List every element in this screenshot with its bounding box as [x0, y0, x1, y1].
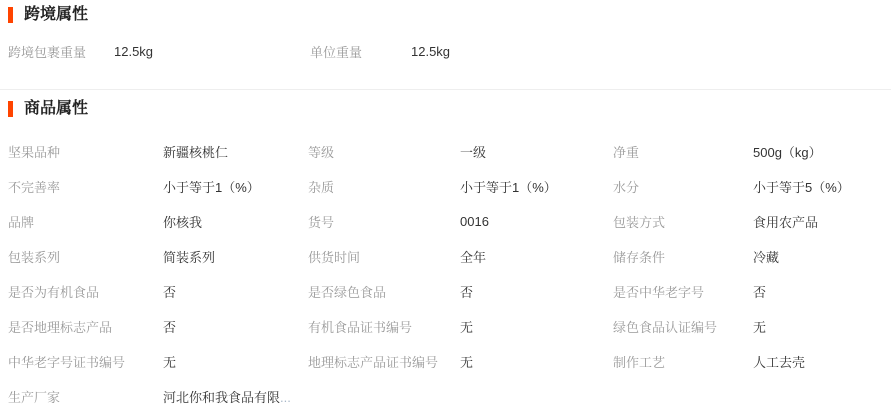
- attribute-label: 是否中华老字号: [613, 282, 753, 301]
- section-cross-border-attributes: 跨境属性 跨境包裹重量12.5kg单位重量12.5kg: [0, 0, 891, 60]
- attribute-row: 是否地理标志产品否有机食品证书编号无绿色食品认证编号无: [0, 309, 891, 344]
- attribute-label: 是否地理标志产品: [8, 317, 163, 336]
- attribute-value: 否: [163, 282, 176, 301]
- attribute-row: 中华老字号证书编号无地理标志产品证书编号无制作工艺人工去壳: [0, 344, 891, 379]
- attribute-cell: 不完善率小于等于1（%）: [8, 177, 308, 196]
- attribute-cell: 中华老字号证书编号无: [8, 352, 308, 371]
- attribute-label: 净重: [613, 142, 753, 161]
- attribute-cell: 包装方式食用农产品: [613, 212, 891, 231]
- attribute-label: 中华老字号证书编号: [8, 352, 163, 371]
- attribute-cell: 坚果品种新疆核桃仁: [8, 142, 308, 161]
- attribute-value: 无: [460, 317, 473, 336]
- attribute-rows: 坚果品种新疆核桃仁等级一级净重500g（kg）不完善率小于等于1（%）杂质小于等…: [0, 134, 891, 408]
- attribute-cell: 等级一级: [308, 142, 613, 161]
- attribute-label: 品牌: [8, 212, 163, 231]
- attribute-label: 储存条件: [613, 247, 753, 266]
- attribute-cell: 是否绿色食品否: [308, 282, 613, 301]
- section-title: 跨境属性: [24, 5, 88, 25]
- attribute-value: 小于等于5（%）: [753, 177, 850, 196]
- attribute-cell: 水分小于等于5（%）: [613, 177, 891, 196]
- attribute-cell: 单位重量12.5kg: [310, 42, 450, 60]
- attribute-row: 包装系列简装系列供货时间全年储存条件冷藏: [0, 239, 891, 274]
- attribute-label: 有机食品证书编号: [308, 317, 460, 336]
- attribute-cell: 生产厂家河北你和我食品有限...: [8, 387, 308, 406]
- attribute-cell: 有机食品证书编号无: [308, 317, 613, 336]
- attribute-cell: 净重500g（kg）: [613, 142, 891, 161]
- product-attributes-page: 跨境属性 跨境包裹重量12.5kg单位重量12.5kg 商品属性 坚果品种新疆核…: [0, 0, 891, 408]
- attribute-cell: 制作工艺人工去壳: [613, 352, 891, 371]
- attribute-cell: 储存条件冷藏: [613, 247, 891, 266]
- attribute-row: 不完善率小于等于1（%）杂质小于等于1（%）水分小于等于5（%）: [0, 169, 891, 204]
- attribute-row: 跨境包裹重量12.5kg单位重量12.5kg: [0, 42, 891, 60]
- attribute-value: 冷藏: [753, 247, 779, 266]
- attribute-value: 否: [460, 282, 473, 301]
- attribute-label: 生产厂家: [8, 387, 163, 406]
- attribute-cell: 是否中华老字号否: [613, 282, 891, 301]
- section-header: 商品属性: [8, 99, 891, 119]
- attribute-row: 坚果品种新疆核桃仁等级一级净重500g（kg）: [0, 134, 891, 169]
- attribute-row: 是否为有机食品否是否绿色食品否是否中华老字号否: [0, 274, 891, 309]
- attribute-value: 全年: [460, 247, 486, 266]
- attribute-label: 水分: [613, 177, 753, 196]
- attribute-label: 货号: [308, 212, 460, 231]
- attribute-label: 绿色食品认证编号: [613, 317, 753, 336]
- attribute-value: 河北你和我食品有限...: [163, 387, 291, 406]
- attribute-value: 食用农产品: [753, 212, 818, 231]
- section-title: 商品属性: [24, 99, 88, 119]
- attribute-cell: 杂质小于等于1（%）: [308, 177, 613, 196]
- attribute-value: 人工去壳: [753, 352, 805, 371]
- attribute-value: 简装系列: [163, 247, 215, 266]
- attribute-value: 无: [753, 317, 766, 336]
- attribute-row: 品牌你核我货号0016包装方式食用农产品: [0, 204, 891, 239]
- attribute-cell: 供货时间全年: [308, 247, 613, 266]
- attribute-cell: 是否为有机食品否: [8, 282, 308, 301]
- attribute-label: 不完善率: [8, 177, 163, 196]
- attribute-value: 无: [460, 352, 473, 371]
- attribute-label: 地理标志产品证书编号: [308, 352, 460, 371]
- attribute-cell: 绿色食品认证编号无: [613, 317, 891, 336]
- section-header: 跨境属性: [8, 5, 891, 25]
- attribute-label: 是否绿色食品: [308, 282, 460, 301]
- attribute-value: 500g（kg）: [753, 142, 822, 161]
- attribute-value: 0016: [460, 214, 489, 229]
- attribute-row: 生产厂家河北你和我食品有限...: [0, 379, 891, 408]
- attribute-value: 无: [163, 352, 176, 371]
- attribute-value: 一级: [460, 142, 486, 161]
- attribute-label: 坚果品种: [8, 142, 163, 161]
- attribute-label: 跨境包裹重量: [8, 42, 114, 61]
- attribute-label: 供货时间: [308, 247, 460, 266]
- attribute-value: 你核我: [163, 212, 202, 231]
- attribute-cell: 货号0016: [308, 212, 613, 231]
- attribute-rows: 跨境包裹重量12.5kg单位重量12.5kg: [0, 42, 891, 60]
- attribute-label: 等级: [308, 142, 460, 161]
- section-accent-bar: [8, 7, 13, 23]
- section-accent-bar: [8, 101, 13, 117]
- attribute-value: 否: [163, 317, 176, 336]
- attribute-cell: 跨境包裹重量12.5kg: [8, 42, 310, 60]
- attribute-cell: 包装系列简装系列: [8, 247, 308, 266]
- attribute-cell: 地理标志产品证书编号无: [308, 352, 613, 371]
- attribute-value: 小于等于1（%）: [460, 177, 557, 196]
- attribute-value: 新疆核桃仁: [163, 142, 228, 161]
- attribute-cell: 是否地理标志产品否: [8, 317, 308, 336]
- attribute-cell: 品牌你核我: [8, 212, 308, 231]
- attribute-label: 包装方式: [613, 212, 753, 231]
- attribute-label: 制作工艺: [613, 352, 753, 371]
- attribute-label: 单位重量: [310, 42, 411, 61]
- attribute-label: 杂质: [308, 177, 460, 196]
- attribute-value: 12.5kg: [411, 44, 450, 59]
- attribute-label: 是否为有机食品: [8, 282, 163, 301]
- truncation-ellipsis: ...: [280, 390, 291, 405]
- section-product-attributes: 商品属性 坚果品种新疆核桃仁等级一级净重500g（kg）不完善率小于等于1（%）…: [0, 99, 891, 408]
- attribute-label: 包装系列: [8, 247, 163, 266]
- section-divider: [0, 89, 891, 90]
- attribute-value: 12.5kg: [114, 44, 153, 59]
- attribute-value: 小于等于1（%）: [163, 177, 260, 196]
- attribute-value: 否: [753, 282, 766, 301]
